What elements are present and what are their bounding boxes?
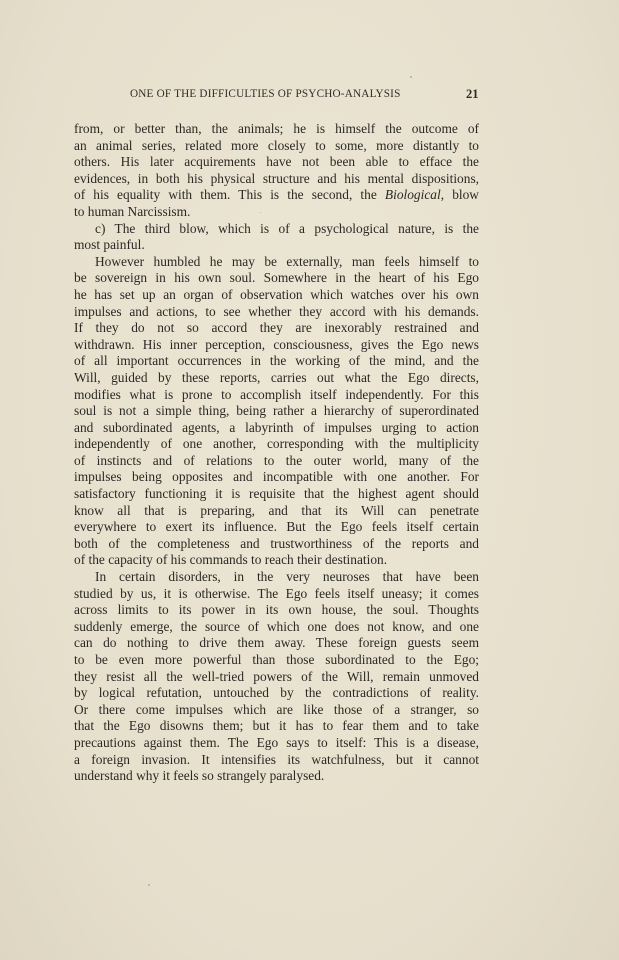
text-line: evidences, in both his physical structur… <box>74 171 479 188</box>
text-line: others. His later acquirements have not … <box>74 154 479 171</box>
text-line: precautions against them. The Ego says t… <box>74 735 479 752</box>
text-line: independently of one another, correspond… <box>74 436 479 453</box>
text-line: by logical refutation, untouched by the … <box>74 685 479 702</box>
text-line: of the capacity of his commands to reach… <box>74 552 479 569</box>
text-line: a foreign invasion. It intensifies its w… <box>74 752 479 769</box>
text-line: If they do not so accord they are inexor… <box>74 320 479 337</box>
text-line: to human Narcissism. <box>74 204 479 221</box>
text-line: know all that is preparing, and that its… <box>74 503 479 520</box>
text-line: withdrawn. His inner perception, conscio… <box>74 337 479 354</box>
page-number: 21 <box>466 87 479 102</box>
text-line: most painful. <box>74 237 479 254</box>
paper-speck <box>410 76 412 78</box>
text-line: suddenly emerge, the source of which one… <box>74 619 479 636</box>
paper-speck <box>148 884 150 886</box>
text-line: to be even more powerful than those subo… <box>74 652 479 669</box>
paper-speck <box>260 212 261 213</box>
text-line: that the Ego disowns them; but it has to… <box>74 718 479 735</box>
text-line: across limits to its power in its own ho… <box>74 602 479 619</box>
running-head-title: ONE OF THE DIFFICULTIES OF PSYCHO-ANALYS… <box>130 88 430 100</box>
text-line: can do nothing to drive them away. These… <box>74 635 479 652</box>
text-line: both of the completeness and trustworthi… <box>74 536 479 553</box>
text-line: of instincts and of relations to the out… <box>74 453 479 470</box>
text-line: Or there come impulses which are like th… <box>74 702 479 719</box>
text-line: impulses and actions, to see whether the… <box>74 304 479 321</box>
text-line: of all important occurrences in the work… <box>74 353 479 370</box>
text-line: Will, guided by these reports, carries o… <box>74 370 479 387</box>
text-line: they resist all the well-tried powers of… <box>74 669 479 686</box>
text-line: everywhere to exert its influence. But t… <box>74 519 479 536</box>
text-line: c) The third blow, which is of a psychol… <box>74 221 479 238</box>
text-span: of his equality with them. This is the s… <box>74 187 385 202</box>
text-line: and subordinated agents, a labyrinth of … <box>74 420 479 437</box>
text-line: from, or better than, the animals; he is… <box>74 121 479 138</box>
text-line: be sovereign in his own soul. Somewhere … <box>74 270 479 287</box>
text-line: an animal series, related more closely t… <box>74 138 479 155</box>
text-line: of his equality with them. This is the s… <box>74 187 479 204</box>
text-line: understand why it feels so strangely par… <box>74 768 479 785</box>
text-line: satisfactory functioning it is requisite… <box>74 486 479 503</box>
text-line: impulses being opposites and incompatibl… <box>74 469 479 486</box>
text-line: However humbled he may be externally, ma… <box>74 254 479 271</box>
text-line: studied by us, it is otherwise. The Ego … <box>74 586 479 603</box>
text-line: modifies what is prone to accomplish its… <box>74 387 479 404</box>
text-line: he has set up an organ of observation wh… <box>74 287 479 304</box>
text-span: , blow <box>441 187 479 202</box>
book-page: ONE OF THE DIFFICULTIES OF PSYCHO-ANALYS… <box>0 0 619 960</box>
text-line: soul is not a simple thing, being rather… <box>74 403 479 420</box>
body-text: from, or better than, the animals; he is… <box>74 121 479 785</box>
italic-term: Biological <box>385 187 441 202</box>
text-line: In certain disorders, in the very neuros… <box>74 569 479 586</box>
